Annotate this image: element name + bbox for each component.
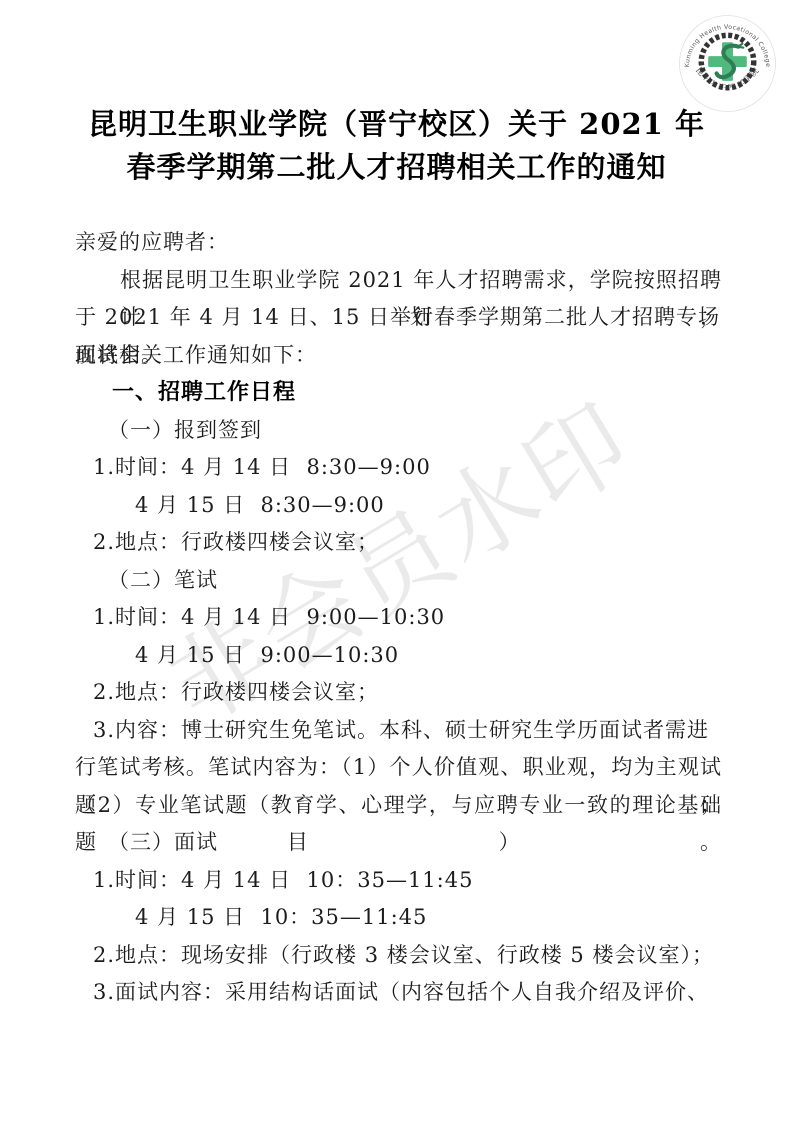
body-line: 于 2021 年 4 月 14 日、15 日举行春季学期第二批人才招聘专场面试会… <box>75 299 722 337</box>
body-line: 2.地点：现场安排（行政楼 3 楼会议室、行政楼 5 楼会议室）； <box>93 937 722 975</box>
body-line: 2.地点：行政楼四楼会议室； <box>93 674 722 712</box>
title-line-1: 昆明卫生职业学院（晋宁校区）关于 2021 年 <box>0 103 793 146</box>
body-line: 一、招聘工作日程 <box>112 374 722 412</box>
body-line: 4 月 15 日 8:30—9:00 <box>135 487 722 525</box>
body-line: 亲爱的应聘者： <box>75 224 722 262</box>
body-line: 根据昆明卫生职业学院 2021 年人才招聘需求，学院按照招聘计划， <box>120 262 722 300</box>
college-logo: Kunming Health Vocational College 昆明卫生职业… <box>678 14 777 113</box>
document-page: 非会员水印 Kunming Health Vocational College … <box>0 0 793 1122</box>
body-line: 4 月 15 日 10：35—11:45 <box>135 899 722 937</box>
body-line: 现将相关工作通知如下： <box>75 337 722 375</box>
body-line: 3.内容：博士研究生免笔试。本科、硕士研究生学历面试者需进 <box>93 712 722 750</box>
body-line: （2）专业笔试题（教育学、心理学，与应聘专业一致的理论基础题目）。 <box>75 787 722 825</box>
body-line: 1.时间：4 月 14 日 9:00—10:30 <box>93 599 722 637</box>
page-title: 昆明卫生职业学院（晋宁校区）关于 2021 年 春季学期第二批人才招聘相关工作的… <box>0 103 793 189</box>
body-line: 3.面试内容：采用结构话面试（内容包括个人自我介绍及评价、 <box>93 974 722 1012</box>
body-line: 2.地点：行政楼四楼会议室； <box>93 524 722 562</box>
body-line: 1.时间：4 月 14 日 8:30—9:00 <box>93 449 722 487</box>
body-lines: 亲爱的应聘者：根据昆明卫生职业学院 2021 年人才招聘需求，学院按照招聘计划，… <box>75 224 722 1012</box>
body-line: （一）报到签到 <box>108 412 722 450</box>
title-line-2: 春季学期第二批人才招聘相关工作的通知 <box>0 146 793 189</box>
body-line: 1.时间：4 月 14 日 10：35—11:45 <box>93 862 722 900</box>
body-line: 行笔试考核。笔试内容为：（1）个人价值观、职业观，均为主观试题； <box>75 749 722 787</box>
body-line: （二）笔试 <box>108 562 722 600</box>
body-line: 4 月 15 日 9:00—10:30 <box>135 637 722 675</box>
